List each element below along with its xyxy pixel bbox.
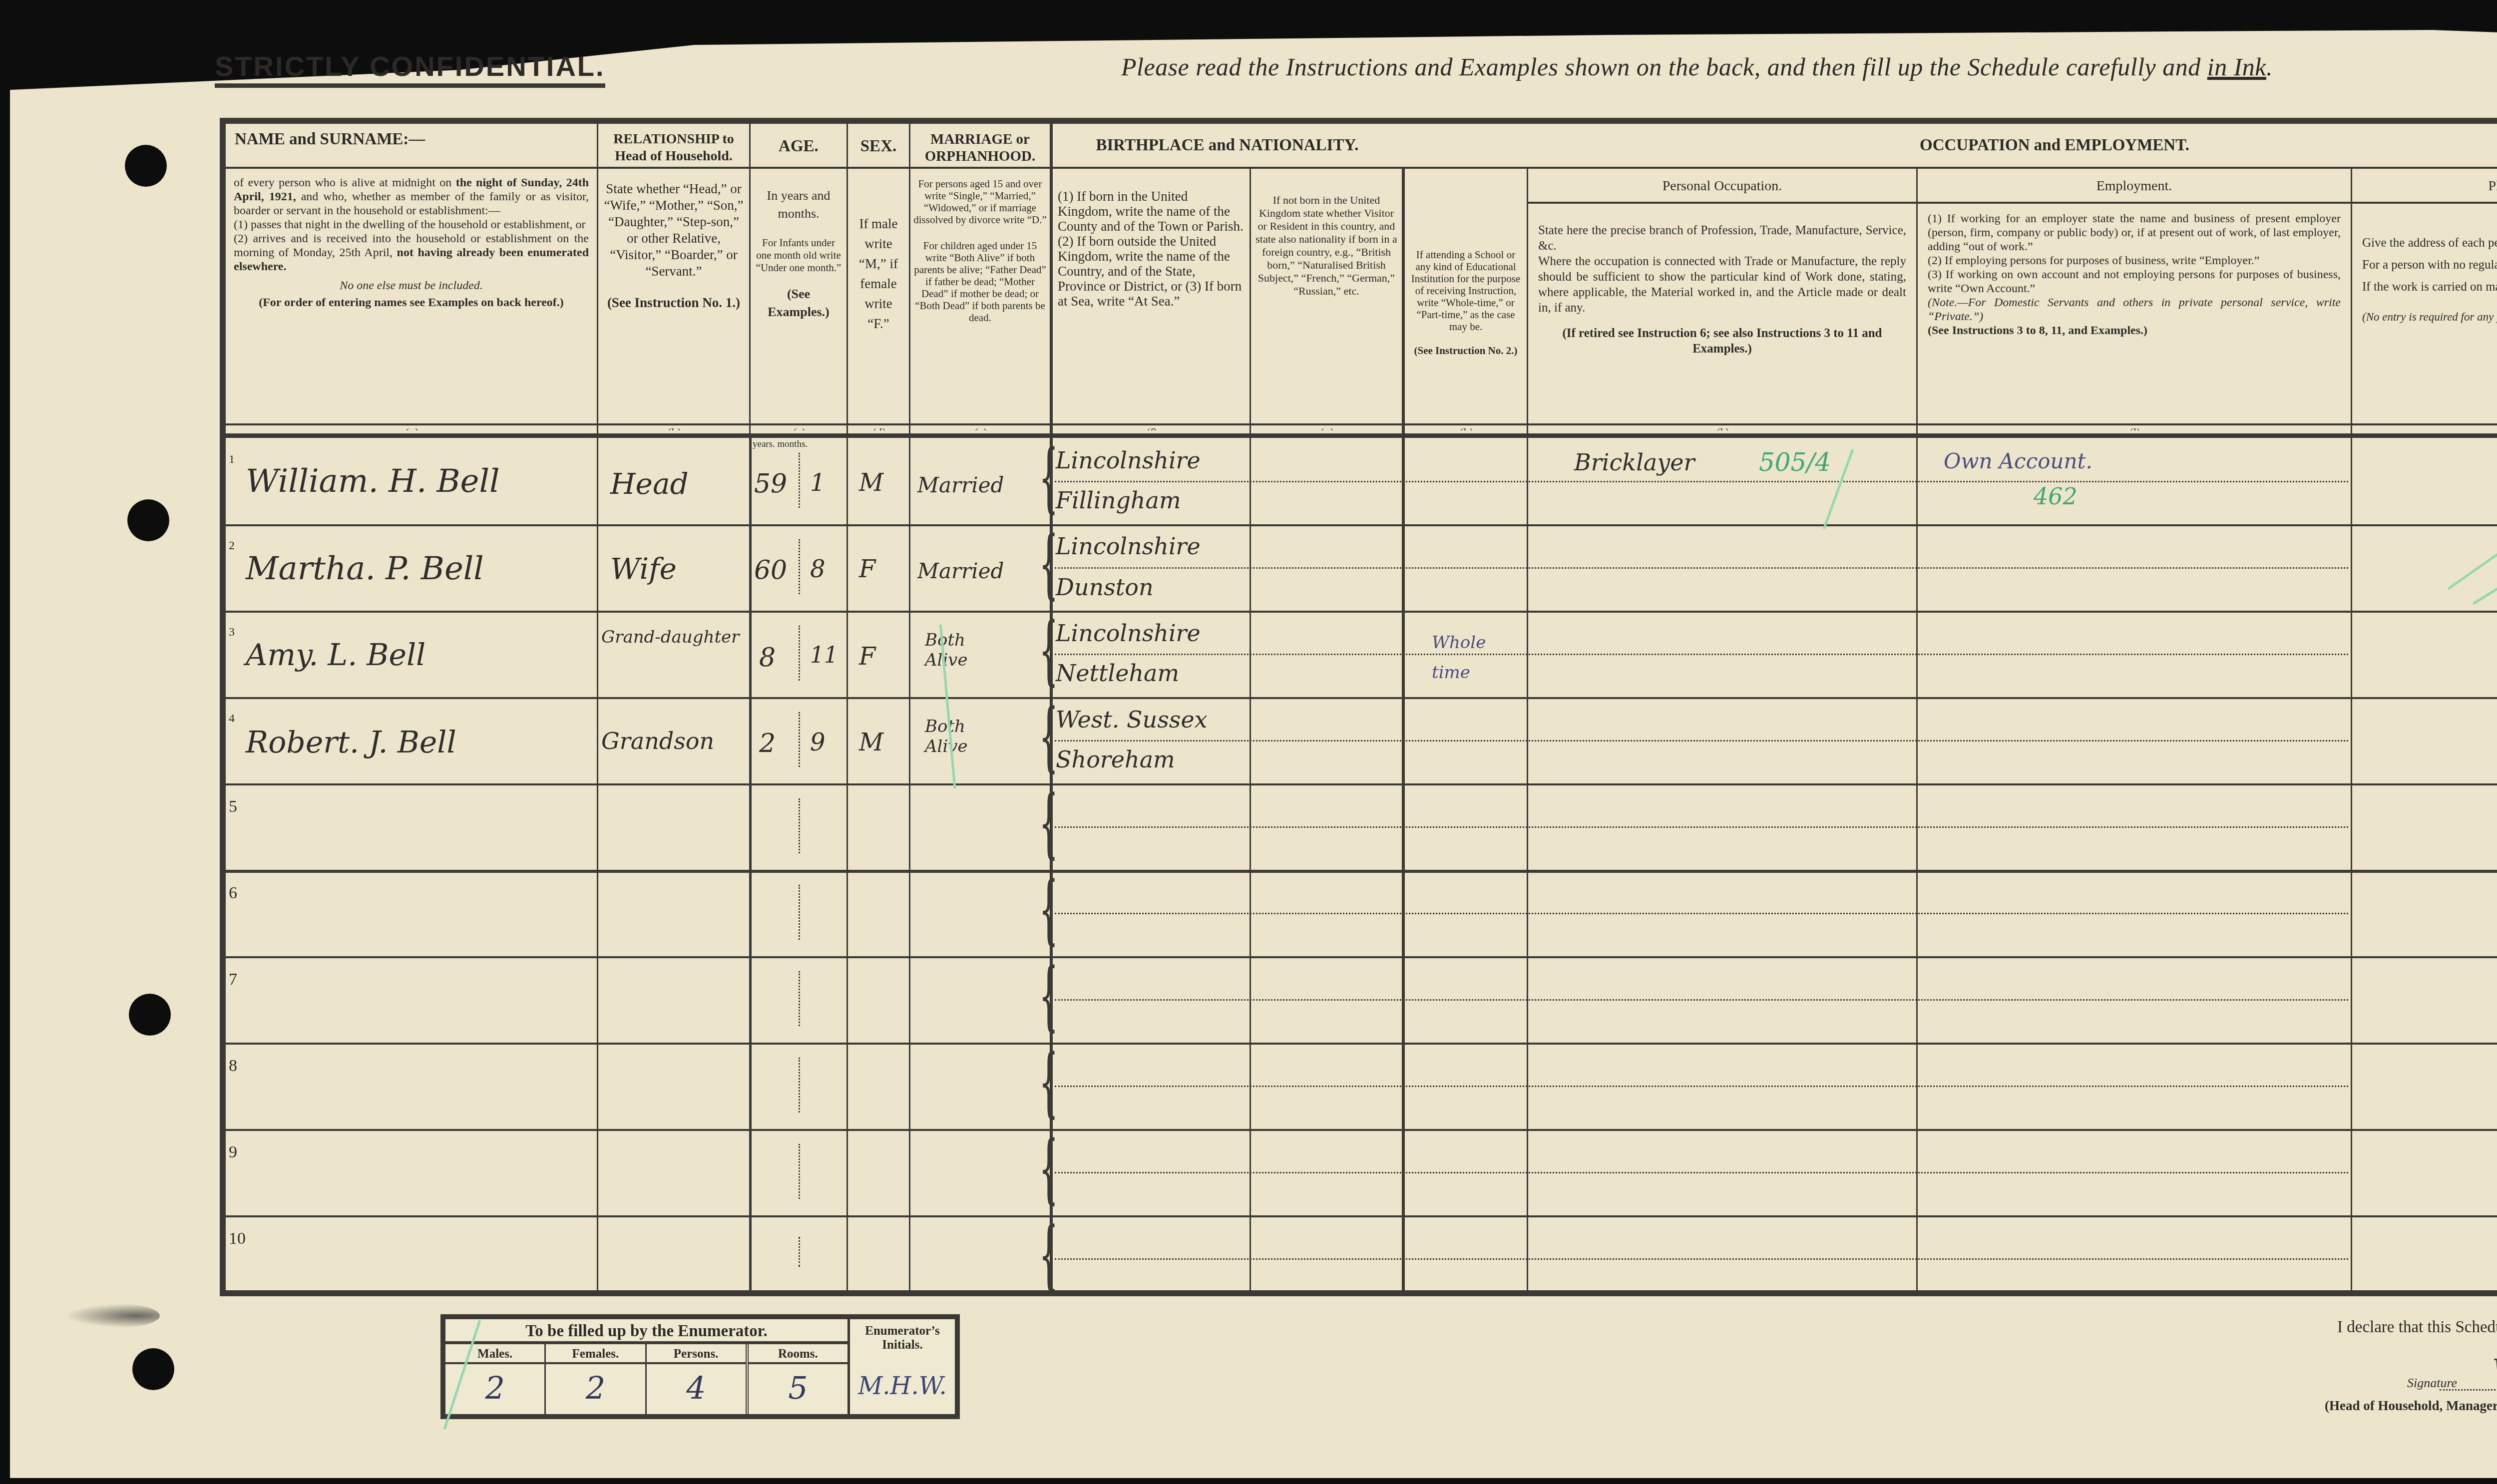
birthplace-county[interactable]: Lincolnshire xyxy=(1056,447,1201,474)
person-relationship[interactable]: Wife xyxy=(610,552,677,586)
binder-hole xyxy=(127,499,169,541)
birthplace-county[interactable]: Lincolnshire xyxy=(1056,533,1201,560)
person-marriage[interactable]: Both Alive xyxy=(925,717,985,756)
person-sex[interactable]: F xyxy=(859,643,875,671)
binder-hole xyxy=(125,145,167,187)
confidential-title: STRICTLY CONFIDENTIAL. xyxy=(215,50,605,88)
birthplace-town[interactable]: Fillingham xyxy=(1056,487,1181,514)
occupation[interactable]: Bricklayer xyxy=(1574,449,1694,476)
person-age-years[interactable]: 8 xyxy=(759,643,776,673)
person-relationship[interactable]: Head xyxy=(610,467,689,501)
household-schedule-table: NAME and SURNAME:— of every person who i… xyxy=(220,118,2497,1296)
birthplace-town[interactable]: Nettleham xyxy=(1056,660,1179,687)
brace-icon: { xyxy=(1039,1045,1058,1120)
brace-icon: { xyxy=(1039,1131,1058,1206)
signature-caption: (Head of Household, Manager of Establish… xyxy=(2325,1398,2497,1414)
brace-icon: { xyxy=(1039,786,1058,861)
person-rows: years. months. 1 2 3 4 5 6 7 8 9 10 { xyxy=(226,433,2497,1290)
person-sex[interactable]: M xyxy=(859,729,883,756)
person-age-months[interactable]: 11 xyxy=(810,643,838,668)
person-name[interactable]: William. H. Bell xyxy=(246,463,499,500)
females-count[interactable]: 2 xyxy=(546,1364,645,1412)
declaration-text: I declare that this Schedule is correctl… xyxy=(2337,1318,2497,1337)
person-name[interactable]: Martha. P. Bell xyxy=(246,550,484,587)
person-age-months[interactable]: 9 xyxy=(810,729,826,756)
signature-field[interactable]: Wm. H. Bell xyxy=(2492,1353,2497,1388)
person-sex[interactable]: M xyxy=(859,469,883,497)
brace-icon: { xyxy=(1039,1218,1058,1293)
birthplace-town[interactable]: Shoreham xyxy=(1056,746,1175,773)
person-marriage[interactable]: Married xyxy=(917,559,1004,583)
person-age-years[interactable]: 60 xyxy=(754,555,787,585)
birthplace-county[interactable]: Lincolnshire xyxy=(1056,620,1201,647)
females-cell: Females.2 xyxy=(544,1344,645,1414)
person-marriage[interactable]: Both Alive xyxy=(925,630,985,670)
person-name[interactable]: Robert. J. Bell xyxy=(246,725,456,760)
ink-smudge xyxy=(65,1303,160,1328)
person-age-months[interactable]: 1 xyxy=(810,469,826,497)
fill-instructions: Please read the Instructions and Example… xyxy=(1121,52,2273,81)
person-sex[interactable]: F xyxy=(859,555,875,583)
binder-hole xyxy=(129,994,171,1036)
employment-code: 462 xyxy=(2034,483,2078,510)
person-age-years[interactable]: 59 xyxy=(754,469,787,499)
education-status[interactable]: Whole time xyxy=(1432,628,1492,688)
birthplace-town[interactable]: Dunston xyxy=(1056,574,1154,601)
rooms-cell: Rooms.5 xyxy=(746,1344,847,1414)
persons-count[interactable]: 4 xyxy=(647,1364,746,1412)
person-relationship[interactable]: Grandson xyxy=(601,728,714,754)
employment[interactable]: Own Account. xyxy=(1944,449,2092,473)
person-marriage[interactable]: Married xyxy=(917,473,1004,497)
person-age-years[interactable]: 2 xyxy=(759,729,776,758)
occupation-code: 505/4 xyxy=(1759,448,1831,477)
brace-icon: { xyxy=(1039,872,1058,947)
persons-cell: Persons.4 xyxy=(645,1344,746,1414)
person-name[interactable]: Amy. L. Bell xyxy=(246,638,425,673)
enumerator-initials-cell: Enumerator’s Initials. M.H.W. xyxy=(850,1319,955,1414)
binder-hole xyxy=(132,1348,174,1390)
males-count[interactable]: 2 xyxy=(445,1364,544,1412)
birthplace-county[interactable]: West. Sussex xyxy=(1056,706,1208,733)
enumerator-initials[interactable]: M.H.W. xyxy=(850,1352,955,1400)
person-relationship[interactable]: Grand-daughter xyxy=(601,628,746,647)
enumerator-summary-box: To be filled up by the Enumerator. Males… xyxy=(440,1314,960,1419)
signature-line xyxy=(2440,1389,2497,1391)
person-age-months[interactable]: 8 xyxy=(810,555,826,583)
rooms-count[interactable]: 5 xyxy=(749,1364,847,1412)
brace-icon: { xyxy=(1039,959,1058,1034)
signature-label: Signature xyxy=(2407,1376,2457,1391)
